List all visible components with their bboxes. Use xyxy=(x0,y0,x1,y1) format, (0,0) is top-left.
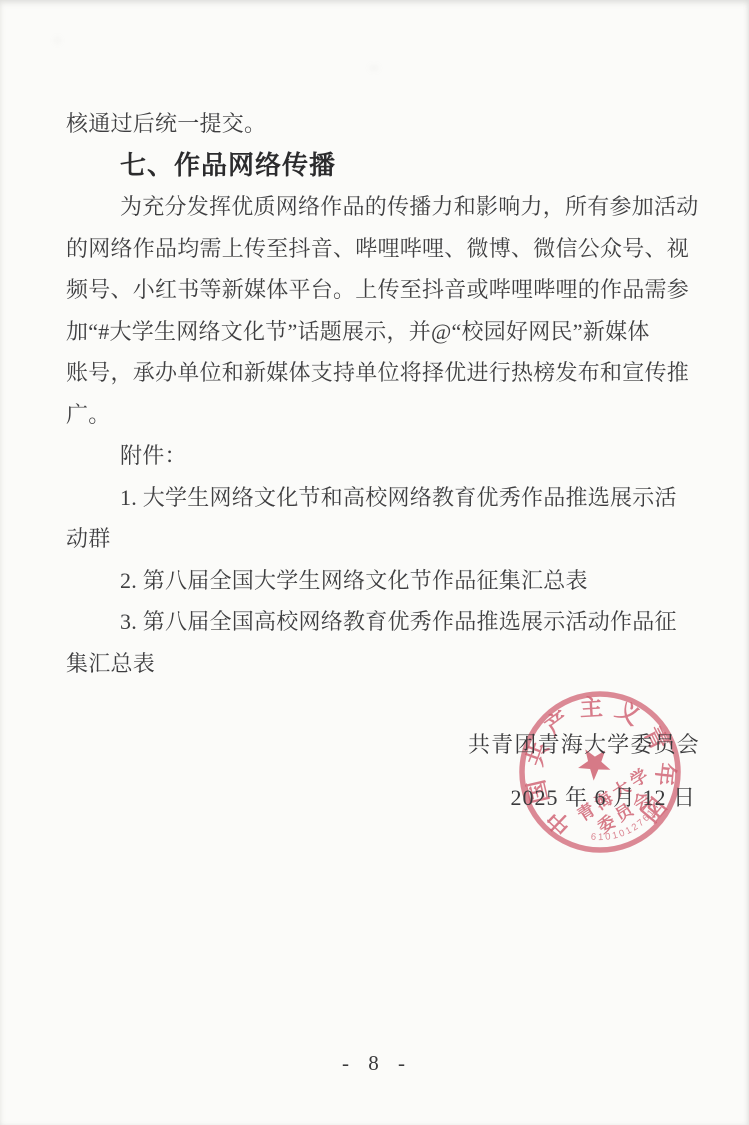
doc-line: 广。 xyxy=(66,394,696,436)
doc-line: 核通过后统一提交。 xyxy=(66,103,696,145)
doc-line: 账号，承办单位和新媒体支持单位将择优进行热榜发布和宣传推 xyxy=(66,352,696,394)
doc-line: 为充分发挥优质网络作品的传播力和影响力，所有参加活动 xyxy=(66,186,696,228)
attachment-item-1: 1. 大学生网络文化节和高校网络教育优秀作品推选展示活 xyxy=(66,477,696,519)
page-number: - 8 - xyxy=(0,1051,749,1076)
issuing-organization: 共青团青海大学委员会 xyxy=(468,728,700,759)
doc-line: 频号、小红书等新媒体平台。上传至抖音或哔哩哔哩的作品需参 xyxy=(66,269,696,311)
attachments-label: 附件： xyxy=(66,435,696,477)
scanned-document-page: 核通过后统一提交。 七、作品网络传播 为充分发挥优质网络作品的传播力和影响力，所… xyxy=(0,0,749,1125)
section-heading: 七、作品网络传播 xyxy=(66,145,696,187)
doc-line: 的网络作品均需上传至抖音、哔哩哔哩、微博、微信公众号、视 xyxy=(66,228,696,270)
doc-line: 加“#大学生网络文化节”话题展示，并@“校园好网民”新媒体 xyxy=(66,311,696,353)
document-body: 核通过后统一提交。 七、作品网络传播 为充分发挥优质网络作品的传播力和影响力，所… xyxy=(66,103,696,684)
attachment-item-3: 3. 第八届全国高校网络教育优秀作品推选展示活动作品征 xyxy=(66,601,696,643)
attachment-item-2: 2. 第八届全国大学生网络文化节作品征集汇总表 xyxy=(66,560,696,602)
scan-smudge xyxy=(55,38,60,43)
issue-date: 2025 年 6 月 12 日 xyxy=(468,781,700,812)
signature-block: 共青团青海大学委员会 2025 年 6 月 12 日 xyxy=(468,728,700,812)
scan-smudge xyxy=(370,66,378,70)
attachment-item-1-cont: 动群 xyxy=(66,518,696,560)
